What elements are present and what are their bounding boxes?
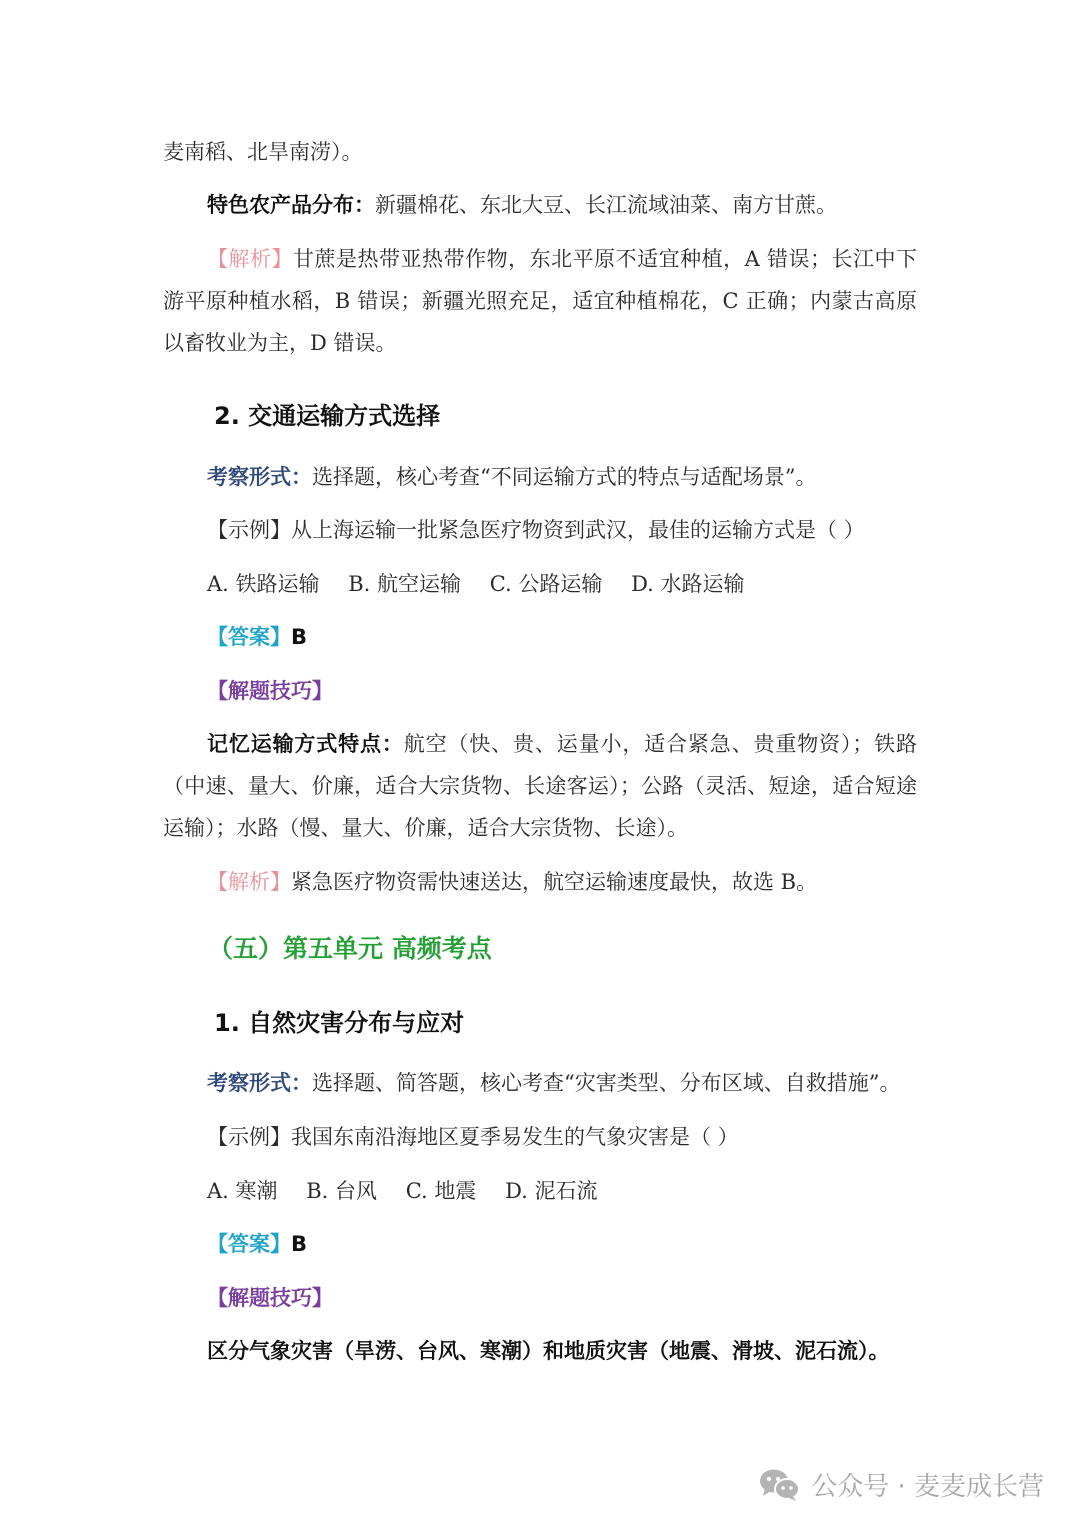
specialty-text: 新疆棉花、东北大豆、长江流域油菜、南方甘蔗。 (375, 193, 837, 217)
section-heading-transport: 2. 交通运输方式选择 (214, 400, 440, 432)
answer-value: B (291, 1232, 307, 1256)
analysis-text: 紧急医疗物资需快速送达，航空运输速度最快，故选 B。 (291, 870, 817, 894)
option-b: B. 航空运输 (348, 572, 461, 596)
example-text: 我国东南沿海地区夏季易发生的气象灾害是（ ） (291, 1125, 739, 1149)
exam-form-label: 考察形式： (207, 465, 312, 489)
option-a: A. 铁路运输 (207, 572, 320, 596)
example-label: 【示例】 (207, 1125, 291, 1149)
option-c: C. 公路运输 (490, 572, 603, 596)
example-paragraph: 【示例】从上海运输一批紧急医疗物资到武汉，最佳的运输方式是（ ） (207, 515, 865, 545)
analysis-label: 【解析】 (207, 247, 293, 271)
specialty-label: 特色农产品分布： (207, 193, 375, 217)
option-d: D. 泥石流 (505, 1179, 597, 1203)
footer-watermark: 公众号 · 麦麦成长营 (759, 1466, 1044, 1503)
exam-form-paragraph: 考察形式：选择题，核心考查“不同运输方式的特点与适配场景”。 (207, 462, 816, 492)
section-heading-disasters: 1. 自然灾害分布与应对 (214, 1007, 464, 1039)
tips-heading: 【解题技巧】 (207, 676, 333, 706)
document-page: 麦南稻、北旱南涝）。 特色农产品分布：新疆棉花、东北大豆、长江流域油菜、南方甘蔗… (0, 0, 1080, 1527)
specialty-paragraph: 特色农产品分布：新疆棉花、东北大豆、长江流域油菜、南方甘蔗。 (207, 190, 837, 220)
answer-line: 【答案】B (207, 622, 307, 652)
example-label: 【示例】 (207, 518, 291, 542)
tips-text: 区分气象灾害（旱涝、台风、寒潮）和地质灾害（地震、滑坡、泥石流）。 (207, 1336, 890, 1366)
answer-value: B (291, 625, 307, 649)
option-a: A. 寒潮 (207, 1179, 278, 1203)
answer-line: 【答案】B (207, 1229, 307, 1259)
intro-continuation: 麦南稻、北旱南涝）。 (163, 137, 363, 167)
unit-heading: （五）第五单元 高频考点 (208, 932, 492, 966)
example-paragraph: 【示例】我国东南沿海地区夏季易发生的气象灾害是（ ） (207, 1122, 739, 1152)
tips-label: 【解题技巧】 (207, 679, 333, 703)
footer-text: 公众号 · 麦麦成长营 (811, 1466, 1044, 1503)
example-text: 从上海运输一批紧急医疗物资到武汉，最佳的运输方式是（ ） (291, 518, 865, 542)
option-d: D. 水路运输 (631, 572, 744, 596)
exam-form-paragraph: 考察形式：选择题、简答题，核心考查“灾害类型、分布区域、自救措施”。 (207, 1068, 900, 1098)
exam-form-label: 考察形式： (207, 1071, 312, 1095)
memory-paragraph: 记忆运输方式特点：航空（快、贵、运量小，适合紧急、贵重物资）；铁路（中速、量大、… (163, 723, 917, 849)
exam-form-text: 选择题，核心考查“不同运输方式的特点与适配场景”。 (312, 465, 816, 489)
tips-heading: 【解题技巧】 (207, 1283, 333, 1313)
options-list: A. 铁路运输 B. 航空运输 C. 公路运输 D. 水路运输 (207, 569, 767, 599)
memory-label: 记忆运输方式特点： (207, 732, 404, 756)
section2-analysis-paragraph: 【解析】紧急医疗物资需快速送达，航空运输速度最快，故选 B。 (207, 867, 817, 897)
analysis-label: 【解析】 (207, 870, 291, 894)
option-b: B. 台风 (306, 1179, 377, 1203)
answer-label: 【答案】 (207, 625, 291, 649)
wechat-icon (759, 1468, 801, 1502)
options-list: A. 寒潮 B. 台风 C. 地震 D. 泥石流 (207, 1176, 620, 1206)
exam-form-text: 选择题、简答题，核心考查“灾害类型、分布区域、自救措施”。 (312, 1071, 900, 1095)
intro-analysis-paragraph: 【解析】甘蔗是热带亚热带作物，东北平原不适宜种植，A 错误；长江中下游平原种植水… (163, 238, 917, 364)
tips-label: 【解题技巧】 (207, 1286, 333, 1310)
option-c: C. 地震 (406, 1179, 477, 1203)
answer-label: 【答案】 (207, 1232, 291, 1256)
